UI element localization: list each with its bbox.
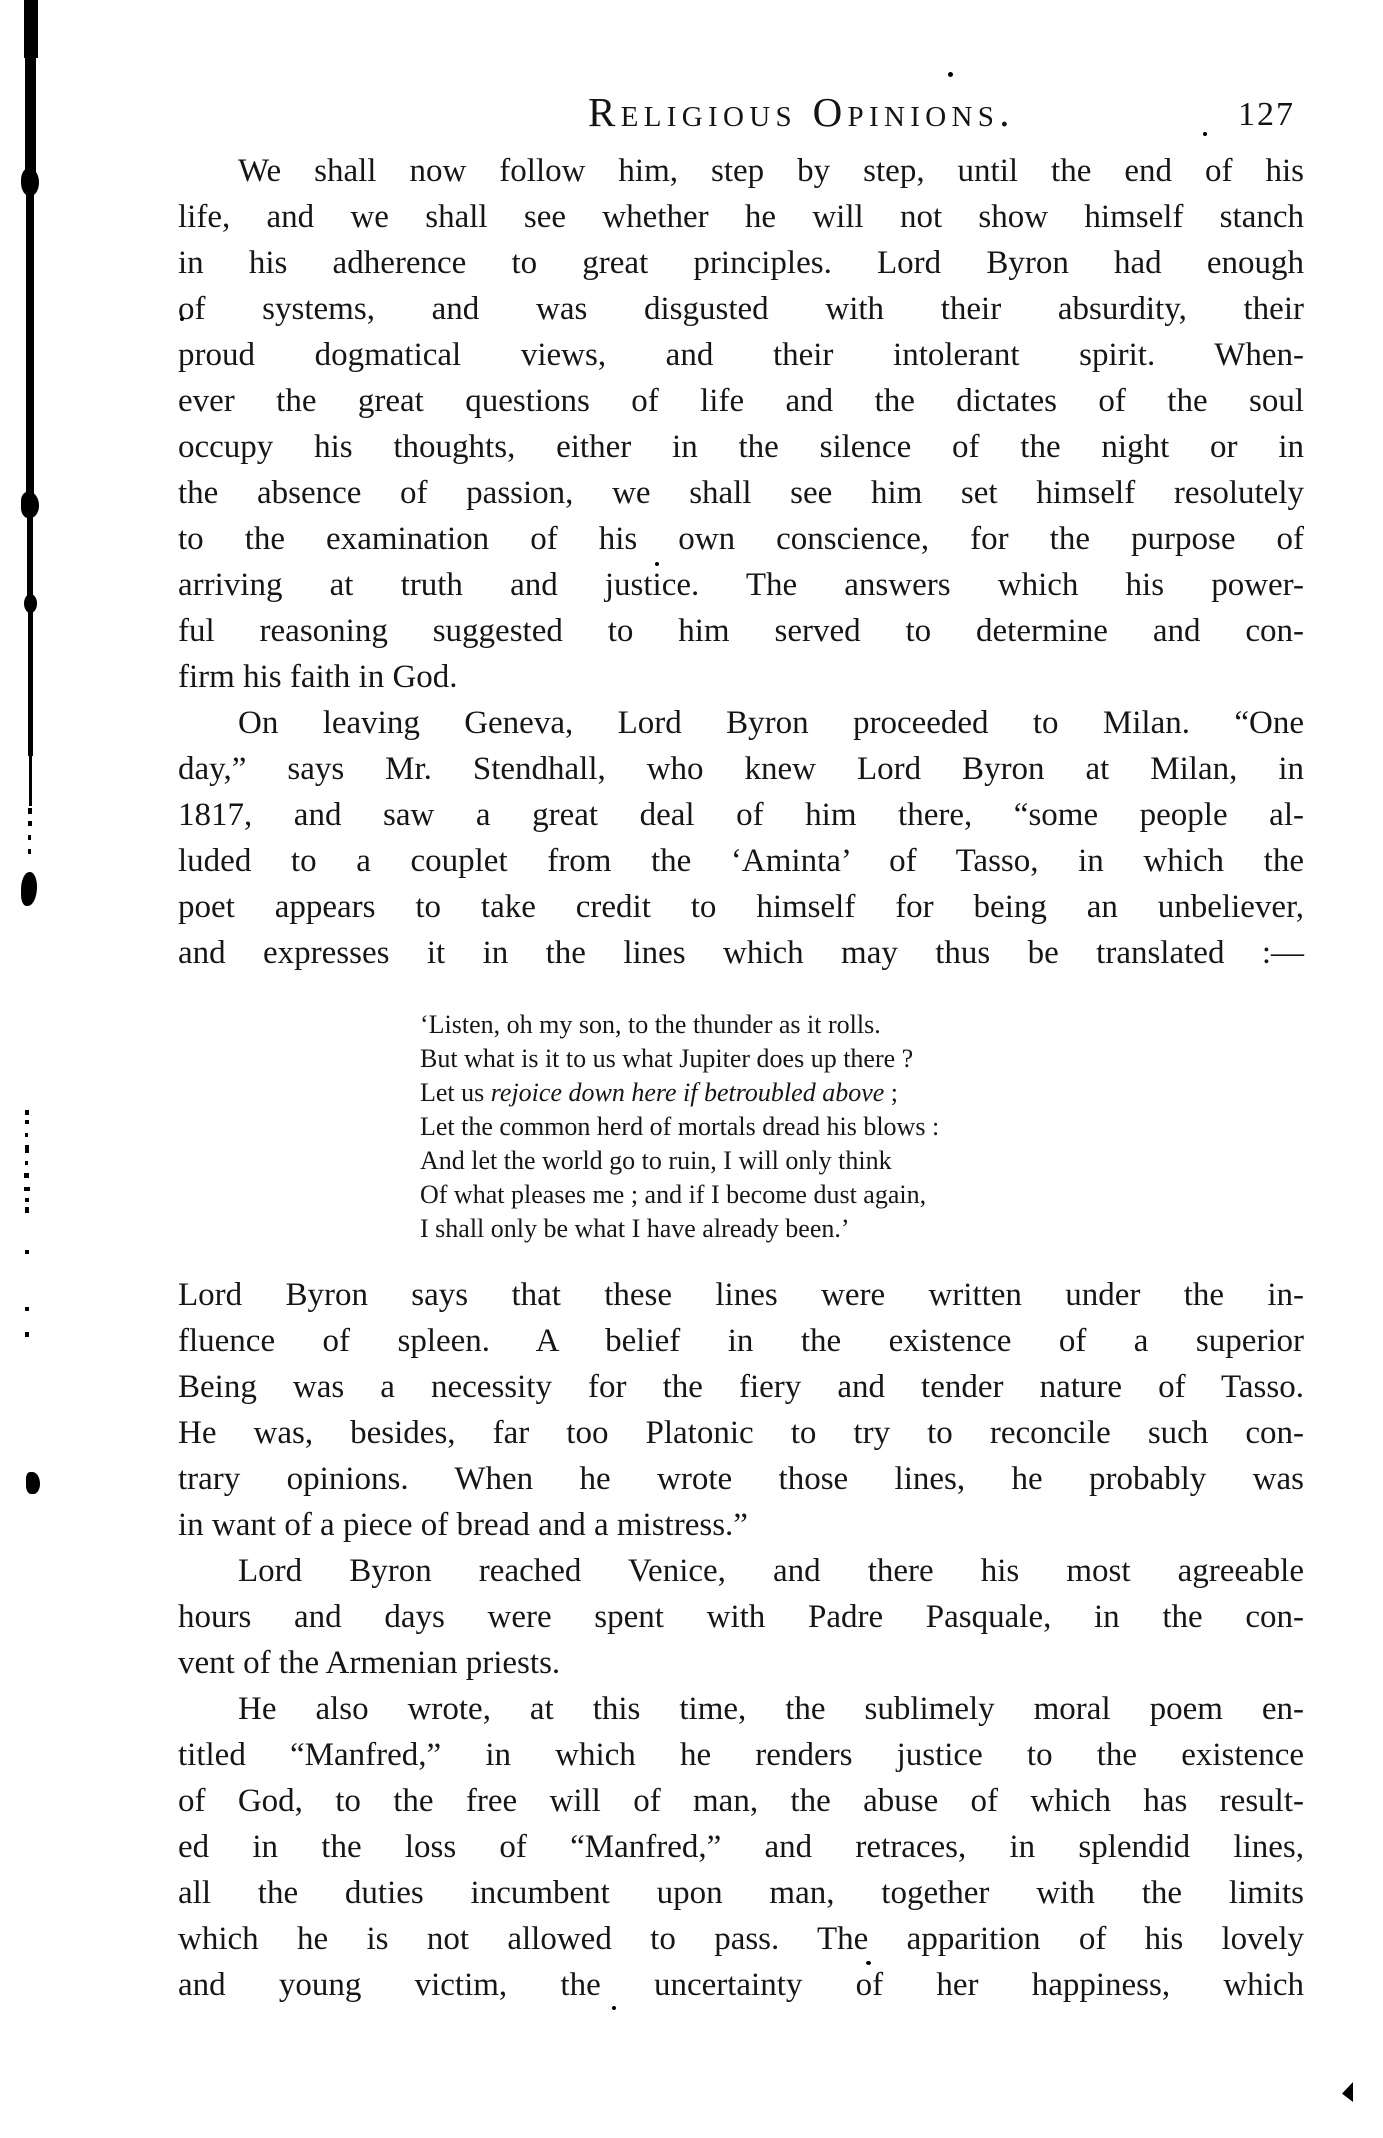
scan-artifact-binding-bar: [25, 54, 36, 184]
text-line: hours and days were spent with Padre Pas…: [178, 1594, 1304, 1640]
text-line: occupy his thoughts, either in the silen…: [178, 424, 1304, 470]
text-line: We shall now follow him, step by step, u…: [178, 148, 1304, 194]
scan-artifact-speck: [25, 1307, 29, 1311]
scan-artifact-binding-bar: [28, 608, 33, 756]
scan-artifact-binding-line: [29, 754, 32, 806]
text-line: in his adherence to great principles. Lo…: [178, 240, 1304, 286]
text-line: ever the great questions of life and the…: [178, 378, 1304, 424]
text-line: titled “Manfred,” in which he renders ju…: [178, 1732, 1304, 1778]
text-line: to the examination of his own conscience…: [178, 516, 1304, 562]
scan-artifact-speck: [180, 317, 184, 321]
scan-artifact-speck: [948, 72, 953, 77]
text-line: On leaving Geneva, Lord Byron proceeded …: [178, 700, 1304, 746]
scan-artifact-speck: [25, 1207, 29, 1213]
verse-line: And let the world go to ruin, I will onl…: [420, 1144, 1304, 1178]
scan-artifact-speck: [1203, 132, 1207, 136]
scan-artifact-speck: [25, 1120, 29, 1124]
running-head-title: Religious Opinions.: [588, 88, 1015, 136]
text-line: all the duties incumbent upon man, toget…: [178, 1870, 1304, 1916]
scan-artifact-speck: [28, 808, 32, 814]
scan-artifact-speck: [25, 1110, 29, 1115]
text-segment: ;: [884, 1078, 898, 1107]
text-line: ful reasoning suggested to him served to…: [178, 608, 1304, 654]
page-body: We shall now follow him, step by step, u…: [178, 148, 1304, 2008]
scan-artifact-speck: [24, 1173, 29, 1178]
text-line: trary opinions. When he wrote those line…: [178, 1456, 1304, 1502]
text-line: vent of the Armenian priests.: [178, 1640, 1304, 1686]
scan-artifact-binding-bar: [26, 190, 34, 500]
text-line: ed in the loss of “Manfred,” and retrace…: [178, 1824, 1304, 1870]
scan-artifact-speck: [28, 835, 31, 840]
scan-artifact-binding-bar: [24, 0, 38, 58]
text-line: which he is not allowed to pass. The app…: [178, 1916, 1304, 1962]
text-line: firm his faith in God.: [178, 654, 1304, 700]
text-line: He was, besides, far too Platonic to try…: [178, 1410, 1304, 1456]
text-line: of systems, and was disgusted with their…: [178, 286, 1304, 332]
italic-segment: rejoice down here if betroubled above: [491, 1078, 885, 1107]
paragraph: He also wrote, at this time, the sublime…: [178, 1686, 1304, 2008]
verse-line: Of what pleases me ; and if I become dus…: [420, 1178, 1304, 1212]
scan-artifact-binding-bar: [27, 512, 33, 602]
paragraph: Lord Byron says that these lines were wr…: [178, 1272, 1304, 1548]
verse-line: Let the common herd of mortals dread his…: [420, 1110, 1304, 1144]
verse-block: ‘Listen, oh my son, to the thunder as it…: [420, 1008, 1304, 1246]
scan-artifact-speck: [24, 1187, 30, 1191]
text-line: fluence of spleen. A belief in the exist…: [178, 1318, 1304, 1364]
text-line: of God, to the free will of man, the abu…: [178, 1778, 1304, 1824]
text-line: and expresses it in the lines which may …: [178, 930, 1304, 976]
verse-line: ‘Listen, oh my son, to the thunder as it…: [420, 1008, 1304, 1042]
scan-artifact-speck: [28, 849, 31, 854]
text-line: Lord Byron says that these lines were wr…: [178, 1272, 1304, 1318]
scan-artifact-corner-mark: [1342, 2082, 1353, 2102]
page-number: 127: [1238, 96, 1295, 134]
verse-line: But what is it to us what Jupiter does u…: [420, 1042, 1304, 1076]
text-line: Being was a necessity for the fiery and …: [178, 1364, 1304, 1410]
scan-artifact-speck: [612, 2006, 616, 2010]
paragraph: We shall now follow him, step by step, u…: [178, 148, 1304, 700]
scan-artifact-speck: [655, 562, 659, 566]
scan-artifact-speck: [25, 1161, 28, 1165]
scan-artifact-speck: [25, 1332, 29, 1337]
text-line: life, and we shall see whether he will n…: [178, 194, 1304, 240]
book-page-scan: Religious Opinions. 127 We shall now fol…: [0, 0, 1383, 2138]
scan-artifact-speck: [25, 1198, 29, 1202]
scan-artifact-speck: [866, 1961, 871, 1965]
scan-artifact-blot: [21, 872, 37, 906]
text-line: poet appears to take credit to himself f…: [178, 884, 1304, 930]
scan-artifact-speck: [25, 1145, 29, 1153]
text-line: Lord Byron reached Venice, and there his…: [178, 1548, 1304, 1594]
scan-artifact-speck: [25, 1250, 29, 1254]
text-line: He also wrote, at this time, the sublime…: [178, 1686, 1304, 1732]
text-line: the absence of passion, we shall see him…: [178, 470, 1304, 516]
text-line: 1817, and saw a great deal of him there,…: [178, 792, 1304, 838]
scan-artifact-blot: [26, 1472, 40, 1494]
paragraph: Lord Byron reached Venice, and there his…: [178, 1548, 1304, 1686]
scan-artifact-speck: [28, 821, 32, 826]
text-segment: Let us: [420, 1078, 491, 1107]
text-line: arriving at truth and justice. The answe…: [178, 562, 1304, 608]
paragraph: On leaving Geneva, Lord Byron proceeded …: [178, 700, 1304, 976]
text-line: and young victim, the uncertainty of her…: [178, 1962, 1304, 2008]
verse-line: Let us rejoice down here if betroubled a…: [420, 1076, 1304, 1110]
text-line: day,” says Mr. Stendhall, who knew Lord …: [178, 746, 1304, 792]
text-line: proud dogmatical views, and their intole…: [178, 332, 1304, 378]
text-line: in want of a piece of bread and a mistre…: [178, 1502, 1304, 1548]
text-line: luded to a couplet from the ‘Aminta’ of …: [178, 838, 1304, 884]
scan-artifact-speck: [25, 1133, 28, 1137]
verse-line: I shall only be what I have already been…: [420, 1212, 1304, 1246]
